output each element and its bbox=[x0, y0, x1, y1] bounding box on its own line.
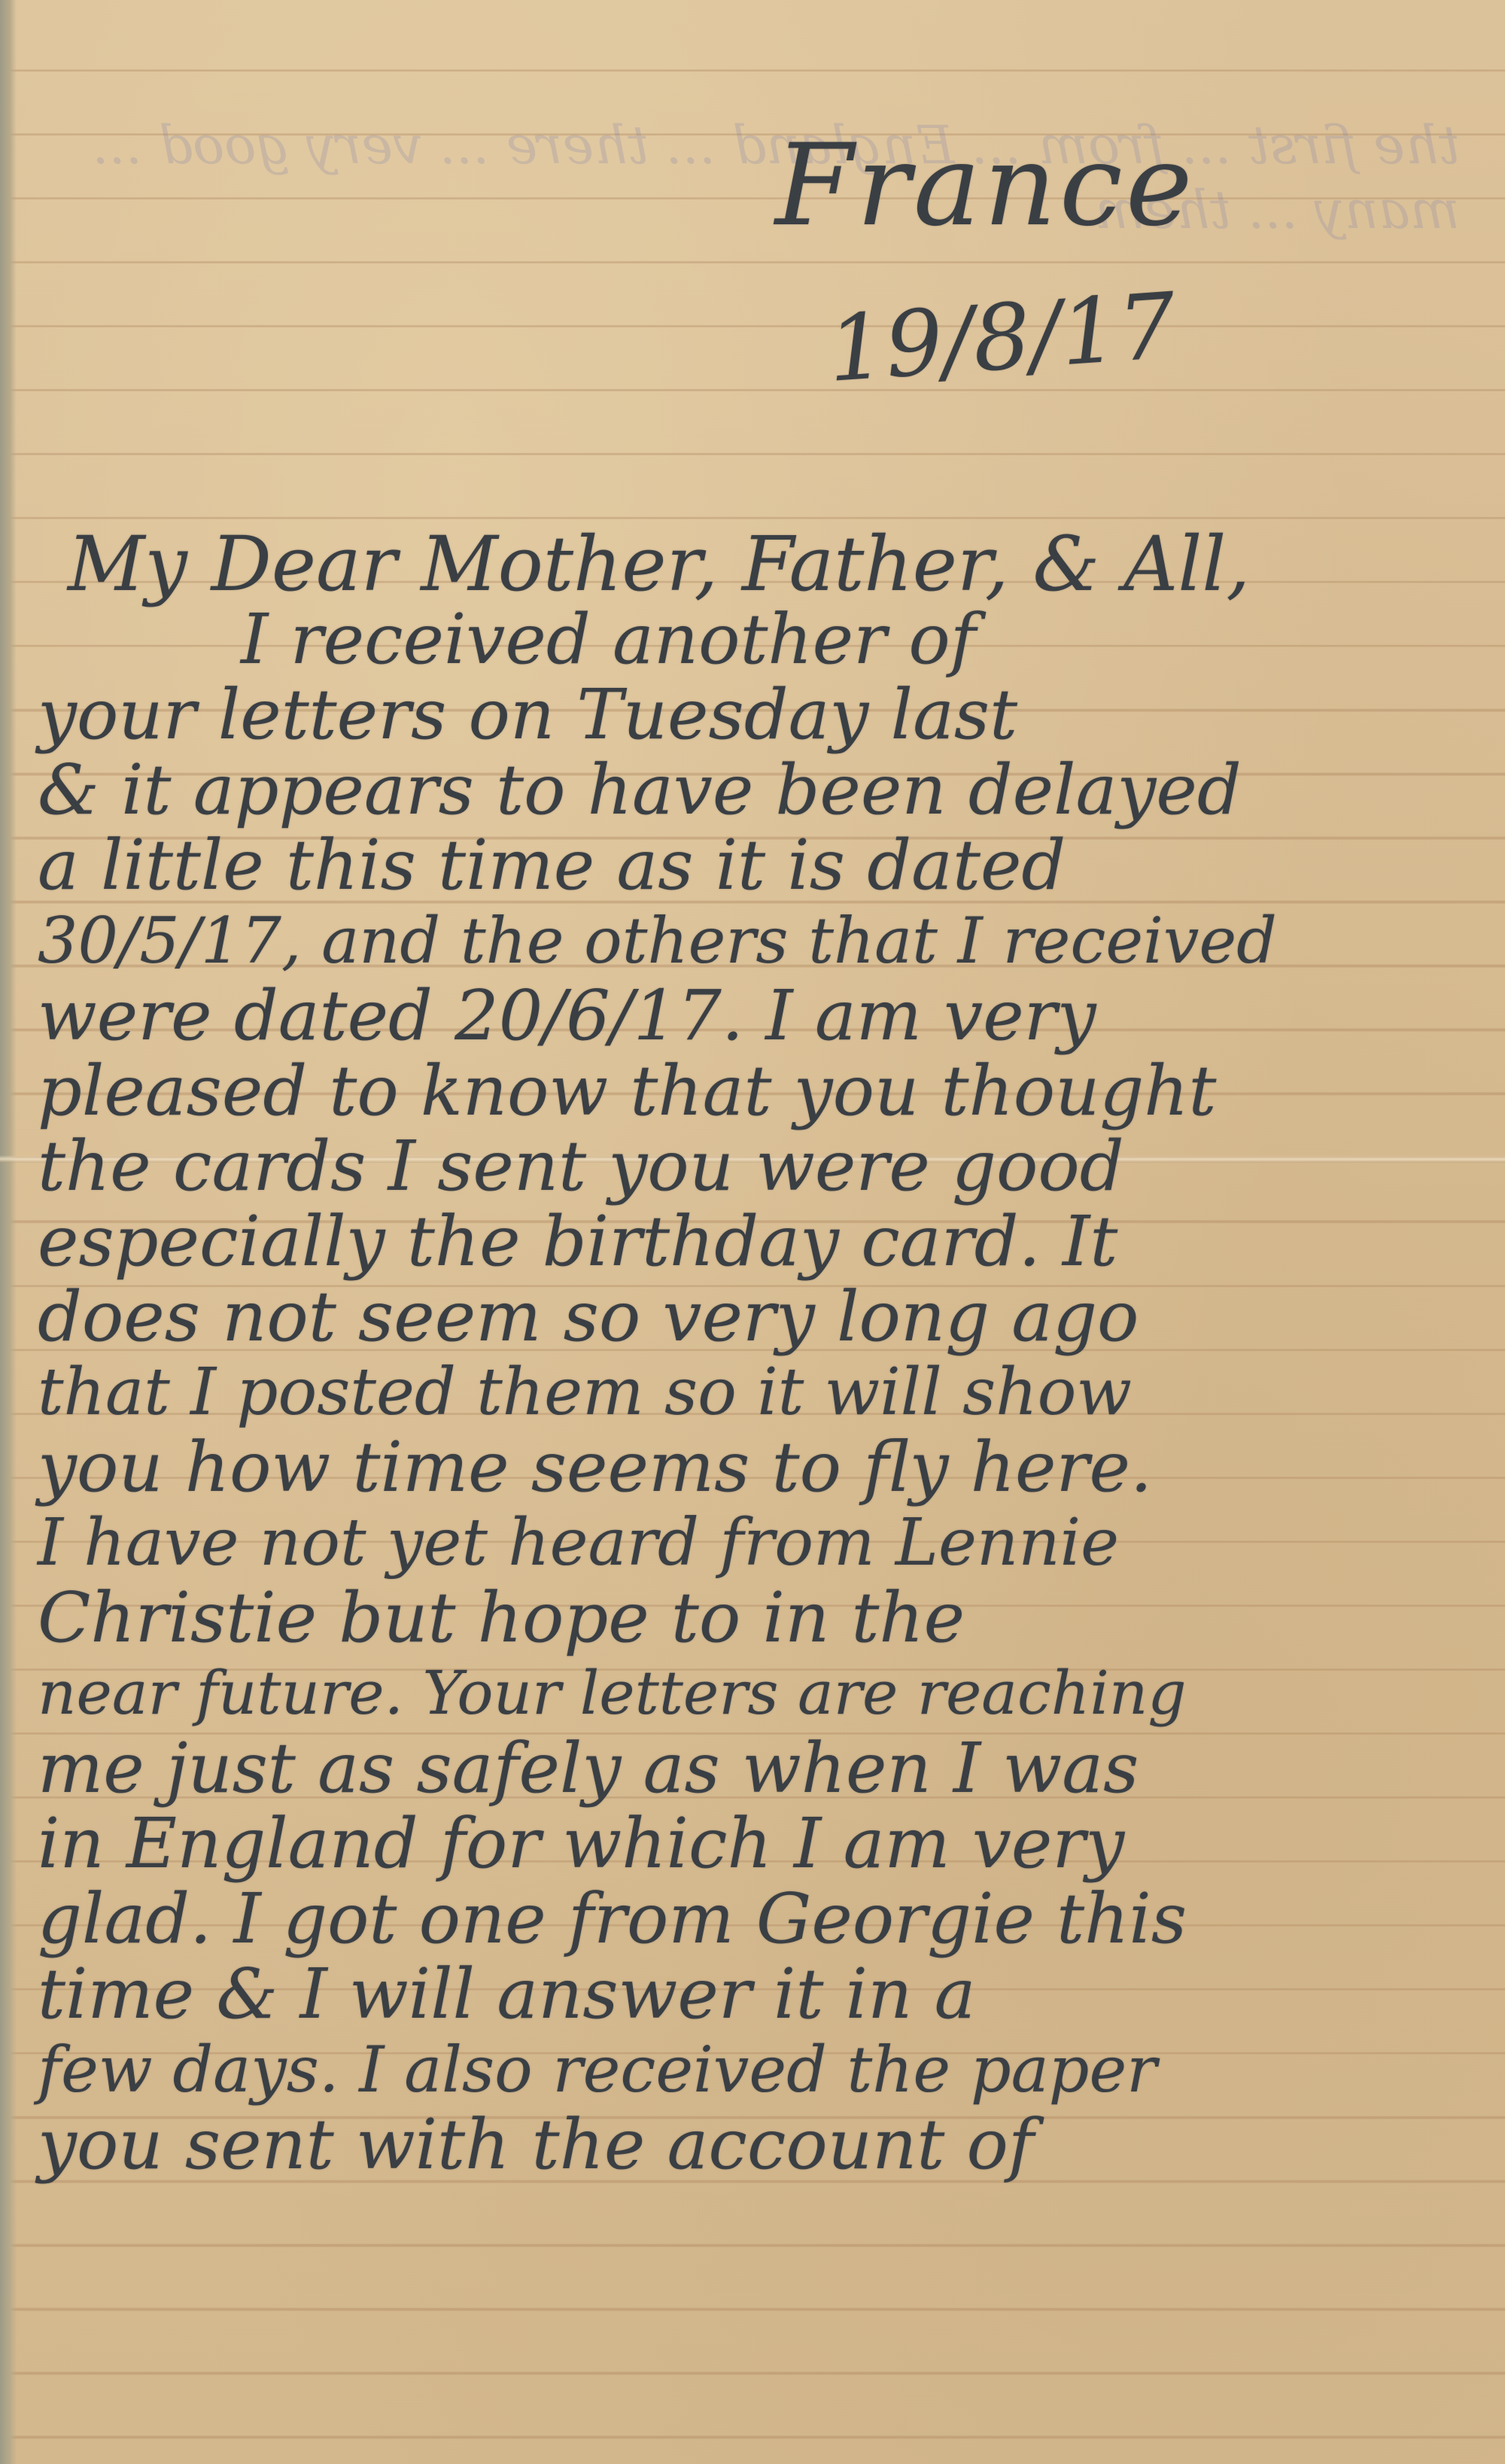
body-line: pleased to know that you thought bbox=[38, 1054, 1475, 1129]
body-line: time & I will answer it in a bbox=[38, 1957, 1475, 2032]
body-line: you sent with the account of bbox=[38, 2107, 1475, 2183]
body-line: a little this time as it is dated bbox=[38, 828, 1475, 903]
body-line: & it appears to have been delayed bbox=[38, 753, 1475, 828]
body-line: your letters on Tuesday last bbox=[38, 677, 1475, 753]
body-line: that I posted them so it will show bbox=[38, 1355, 1475, 1430]
body-line: near future. Your letters are reaching bbox=[38, 1656, 1475, 1731]
body-line: 30/5/17, and the others that I received bbox=[38, 903, 1475, 978]
body-line: few days. I also received the paper bbox=[38, 2032, 1475, 2107]
body-line: in England for which I am very bbox=[38, 1806, 1475, 1881]
body-line: me just as safely as when I was bbox=[38, 1731, 1475, 1806]
body-line: especially the birthday card. It bbox=[38, 1204, 1475, 1279]
letter-place: France bbox=[775, 120, 1196, 251]
body-line: I received another of bbox=[38, 602, 1475, 677]
body-line: does not seem so very long ago bbox=[38, 1279, 1475, 1355]
letter-body: My Dear Mother, Father, & All, I receive… bbox=[38, 527, 1475, 2183]
body-line: the cards I sent you were good bbox=[38, 1129, 1475, 1204]
letter-page: the first ... from ... England ... there… bbox=[0, 0, 1505, 2464]
body-line: Christie but hope to in the bbox=[38, 1580, 1475, 1656]
body-line: glad. I got one from Georgie this bbox=[38, 1881, 1475, 1957]
salutation: My Dear Mother, Father, & All, bbox=[38, 527, 1475, 602]
body-line: you how time seems to fly here. bbox=[38, 1430, 1475, 1505]
body-line: were dated 20/6/17. I am very bbox=[38, 978, 1475, 1054]
body-line: I have not yet heard from Lennie bbox=[38, 1505, 1475, 1580]
paper-left-edge bbox=[0, 0, 17, 2464]
